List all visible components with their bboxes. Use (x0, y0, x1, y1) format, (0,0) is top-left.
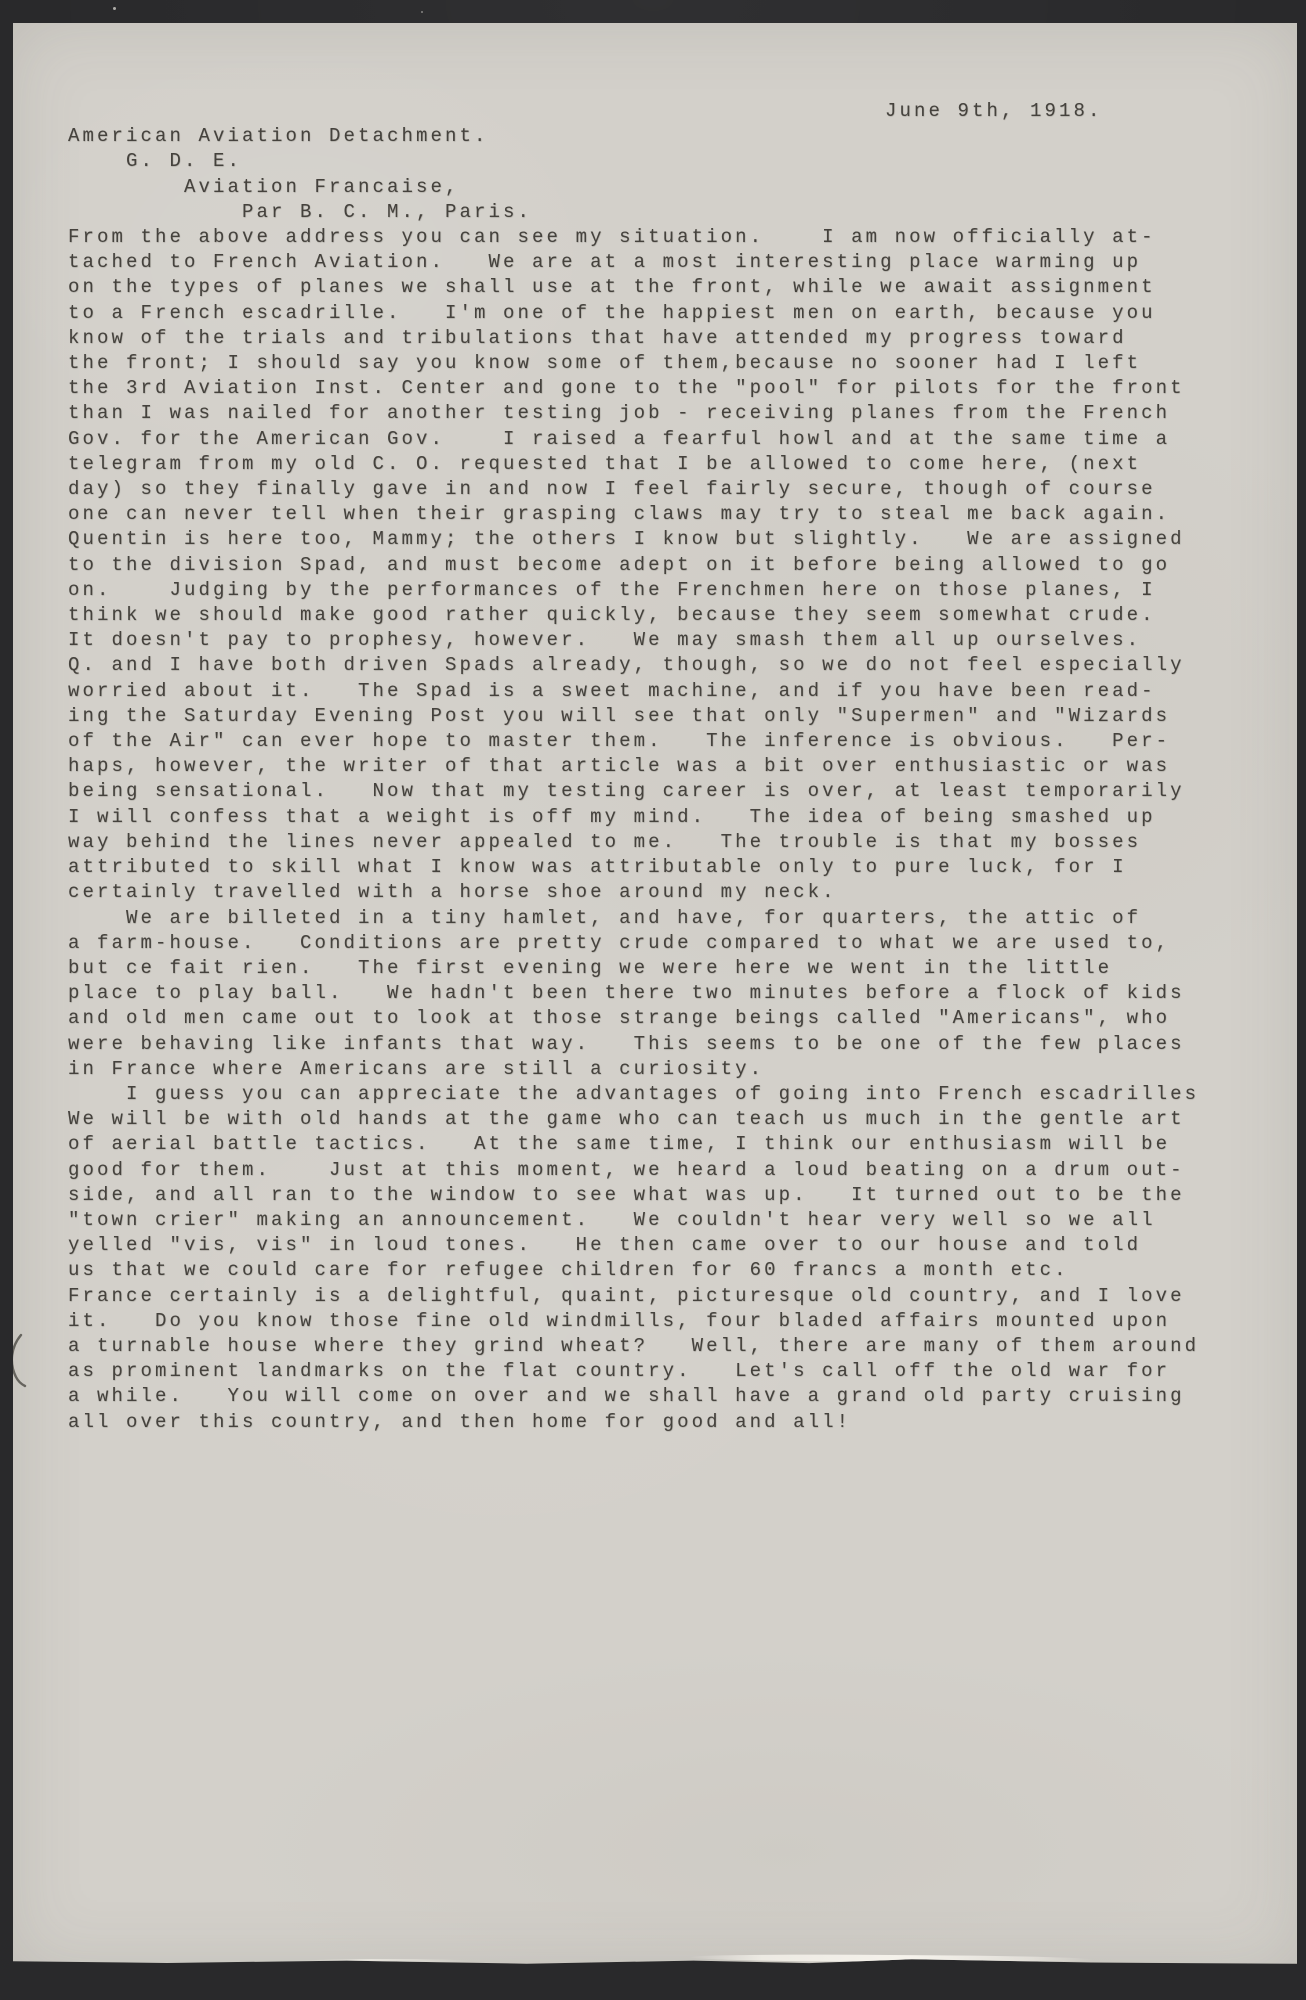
dust-speck (113, 7, 116, 10)
letter-paragraph-1: From the above address you can see my si… (68, 225, 1297, 905)
handwritten-pen-mark (3, 1331, 33, 1391)
paper-tear-highlight (303, 1959, 473, 1964)
sender-address: American Aviation Detachment. G. D. E. A… (68, 124, 1297, 225)
letter-paragraph-3: I guess you can appreciate the advantage… (68, 1082, 1297, 1435)
scan-background: June 9th, 1918. American Aviation Detach… (0, 0, 1306, 2000)
letter-paragraph-2: We are billeted in a tiny hamlet, and ha… (68, 906, 1297, 1082)
letter-content: June 9th, 1918. American Aviation Detach… (13, 23, 1297, 1435)
letter-page: June 9th, 1918. American Aviation Detach… (13, 23, 1297, 1968)
dust-speck (421, 11, 423, 13)
letter-date: June 9th, 1918. (885, 99, 1297, 124)
paper-tear-highlight (689, 1954, 1093, 1963)
